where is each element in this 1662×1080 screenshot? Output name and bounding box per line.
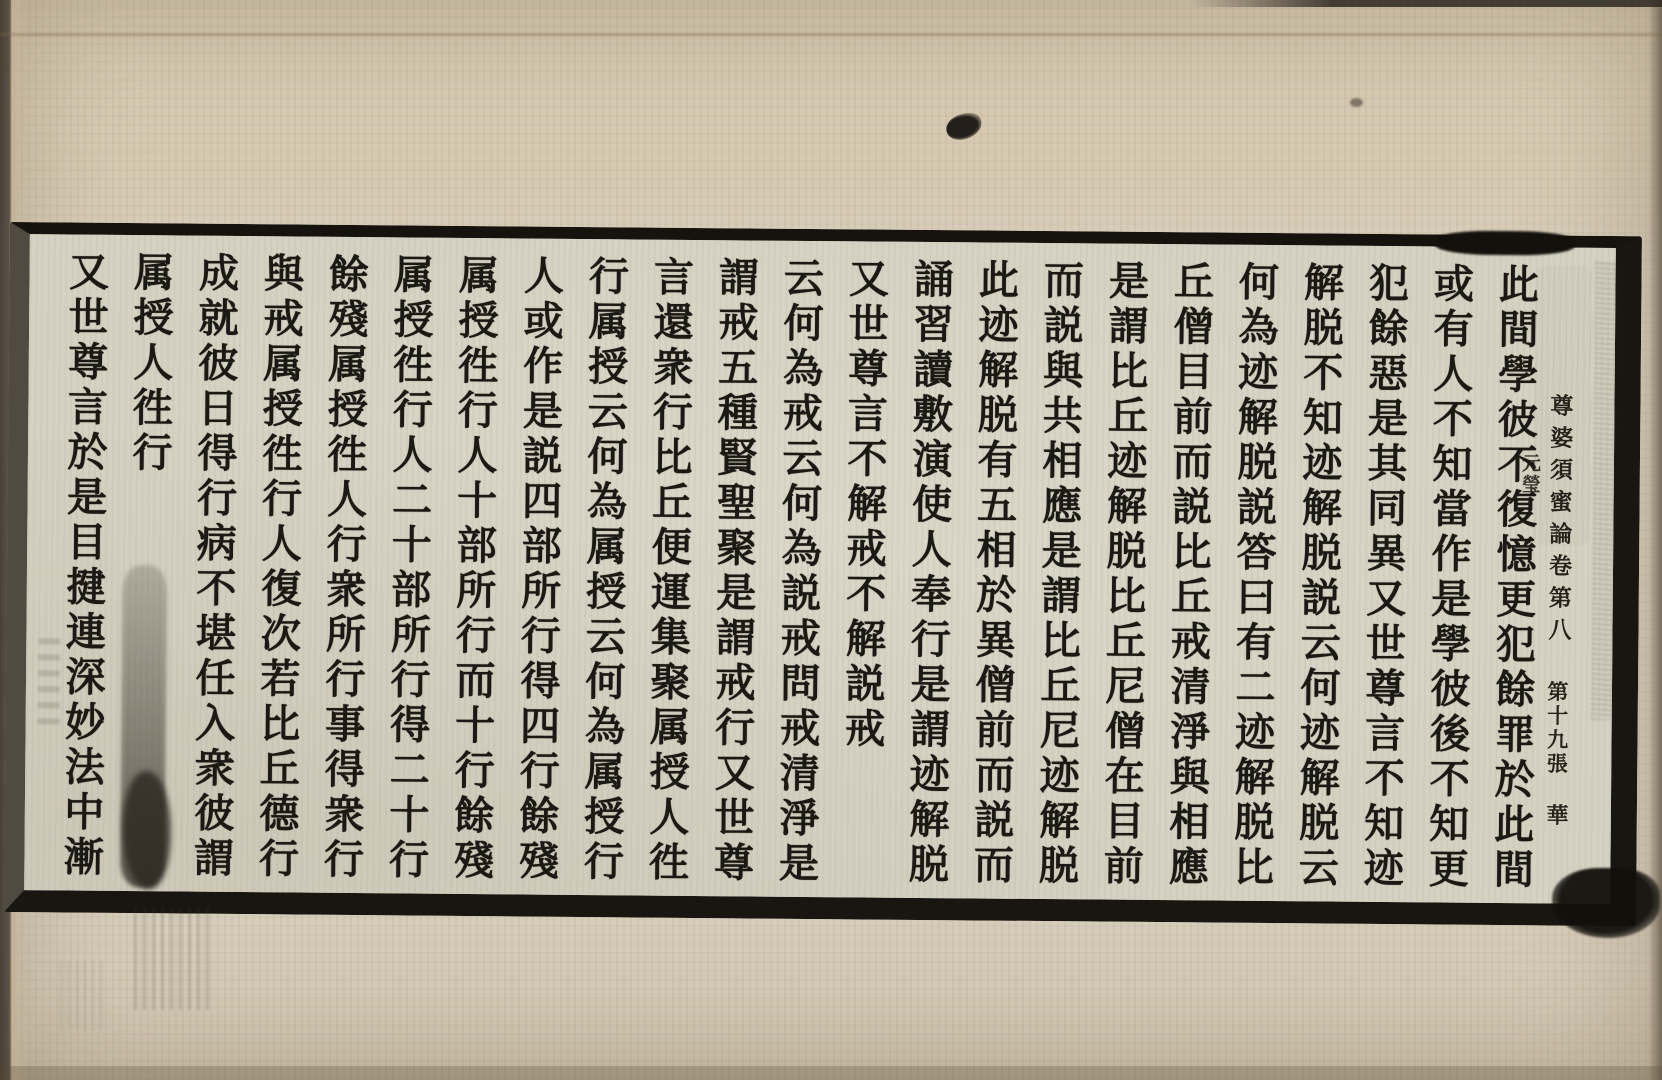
text-column: 此迹解脱有五相於異僧前而説而 xyxy=(958,258,1029,895)
collation-mark: 華 xyxy=(1544,803,1569,827)
text-column: 丘僧目前而説比丘戒清淨與相應 xyxy=(1153,260,1224,897)
ink-bleed-streaks xyxy=(60,960,106,1030)
text-column: 何為迹解脱説答曰有二迹解脱比 xyxy=(1218,261,1289,898)
text-column: 或有人不知當作是學彼後不知更 xyxy=(1413,262,1484,899)
text-column: 成就彼日得行病不堪任入衆彼謂 xyxy=(178,252,249,889)
text-column: 属授徃行人二十部所行得二十行 xyxy=(373,253,444,890)
text-column: 人或作是説四部所行得四行餘殘 xyxy=(503,254,574,891)
ink-bleed-streaks xyxy=(134,906,214,1010)
text-column: 又世尊言不解戒不解説戒 xyxy=(828,257,899,894)
sutra-text-block: 此間學彼不復憶更犯餘罪於此間 或有人不知當作是學彼後不知更 犯餘惡是其同異又世尊… xyxy=(48,250,1548,899)
text-column: 解脱不知迹解脱説云何迹解脱云 xyxy=(1283,261,1354,898)
text-column: 行属授云何為属授云何為属授行 xyxy=(568,255,639,892)
text-column: 言還衆行比丘便運集聚属授人徃 xyxy=(633,255,704,892)
scanned-sutra-page: 尊婆須蜜論卷第八 第十九張 華 元瑩 此間學彼不復憶更犯餘罪於此間 或有人不知當… xyxy=(0,0,1662,1080)
top-page-edge xyxy=(1190,0,1662,7)
text-column: 此間學彼不復憶更犯餘罪於此間 xyxy=(1478,263,1549,900)
text-column: 云何為戒云何為説戒問戒清淨是 xyxy=(763,257,834,894)
printed-frame-border: 尊婆須蜜論卷第八 第十九張 華 元瑩 此間學彼不復憶更犯餘罪於此間 或有人不知當… xyxy=(4,222,1642,926)
text-column: 犯餘惡是其同異又世尊言不知迹 xyxy=(1348,262,1419,899)
ink-speck xyxy=(1350,98,1363,107)
text-column: 誦習讀敷演使人奉行是謂迹解脱 xyxy=(893,258,964,895)
text-column: 而説與共相應是謂比丘尼迹解脱 xyxy=(1023,259,1094,896)
sheet-number: 第十九張 xyxy=(1544,680,1569,776)
ink-stain xyxy=(944,110,985,143)
bottom-page-edge xyxy=(0,1066,1662,1080)
border-ink-blotch xyxy=(1435,230,1575,255)
volume-title: 尊婆須蜜論卷第八 xyxy=(1545,393,1572,649)
text-column: 属授徃行人十部所行而十行餘殘 xyxy=(438,254,509,891)
text-column: 謂戒五種賢聖聚是謂戒行又世尊 xyxy=(698,256,769,893)
text-column: 又世尊言於是目揵連深妙法中漸 xyxy=(48,250,119,887)
corner-ink-blotch xyxy=(1552,868,1660,938)
text-column: 是謂比丘迹解脱比丘尼僧在目前 xyxy=(1088,259,1159,896)
text-column: 餘殘属授徃人行衆所行事得衆行 xyxy=(308,253,379,890)
text-column: 與戒属授徃行人復次若比丘德行 xyxy=(243,252,314,889)
text-column: 属授人徃行 xyxy=(113,251,184,888)
border-ink-texture xyxy=(1591,260,1619,720)
paper-crease xyxy=(0,33,1662,36)
